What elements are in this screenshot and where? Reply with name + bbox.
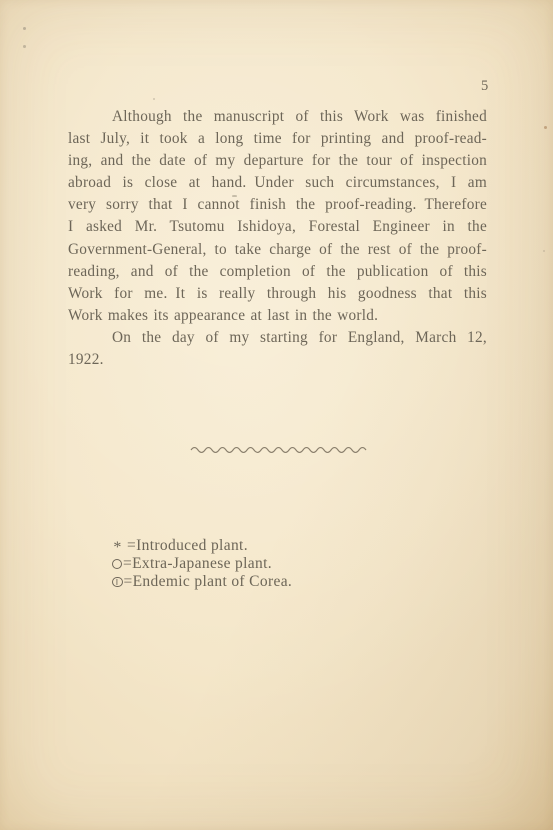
legend-row-extra-japanese: =Extra-Japanese plant.	[112, 555, 292, 573]
text-line: On the day of my starting for England, M…	[68, 327, 487, 349]
paper-speck	[544, 126, 547, 129]
preface-paragraphs: Although the manuscript of this Work was…	[68, 106, 487, 371]
symbol-legend: * =Introduced plant. =Extra-Japanese pla…	[112, 537, 292, 591]
legend-label: =Introduced plant.	[127, 537, 248, 555]
legend-label: =Endemic plant of Corea.	[124, 573, 293, 591]
paper-speck	[153, 98, 155, 100]
text-line: Government-General, to take charge of th…	[68, 239, 487, 261]
text-line: ing, and the date of my departure for th…	[68, 150, 487, 172]
text-line: reading, and of the completion of the pu…	[68, 261, 487, 283]
asterisk-icon: *	[112, 539, 123, 557]
circle-icon	[112, 559, 122, 569]
legend-row-endemic: =Endemic plant of Corea.	[112, 573, 292, 591]
text-line: last July, it took a long time for print…	[68, 128, 487, 150]
text-line: I asked Mr. Tsutomu Ishidoya, Forestal E…	[68, 216, 487, 238]
legend-label: =Extra-Japanese plant.	[123, 555, 272, 573]
paper-speck	[23, 27, 26, 30]
legend-row-introduced: * =Introduced plant.	[112, 537, 292, 555]
paper-speck	[543, 250, 545, 252]
text-line: abroad is close at hand. Under such circ…	[68, 172, 487, 194]
text-line: Although the manuscript of this Work was…	[68, 106, 487, 128]
text-line: Work makes its appearance at last in the…	[68, 305, 487, 327]
book-page: 5 Although the manuscript of this Work w…	[0, 0, 553, 830]
wavy-line-icon	[190, 445, 368, 454]
page-number: 5	[481, 78, 489, 95]
text-line: very sorry that I cannot finish the proo…	[68, 194, 487, 216]
paper-speck	[23, 45, 26, 48]
text-line: Work for me. It is really through his go…	[68, 283, 487, 305]
wavy-divider-rule	[190, 445, 368, 454]
text-line: 1922.	[68, 349, 487, 371]
circled-vertical-bar-icon	[112, 577, 123, 588]
paper-speck	[232, 195, 237, 197]
